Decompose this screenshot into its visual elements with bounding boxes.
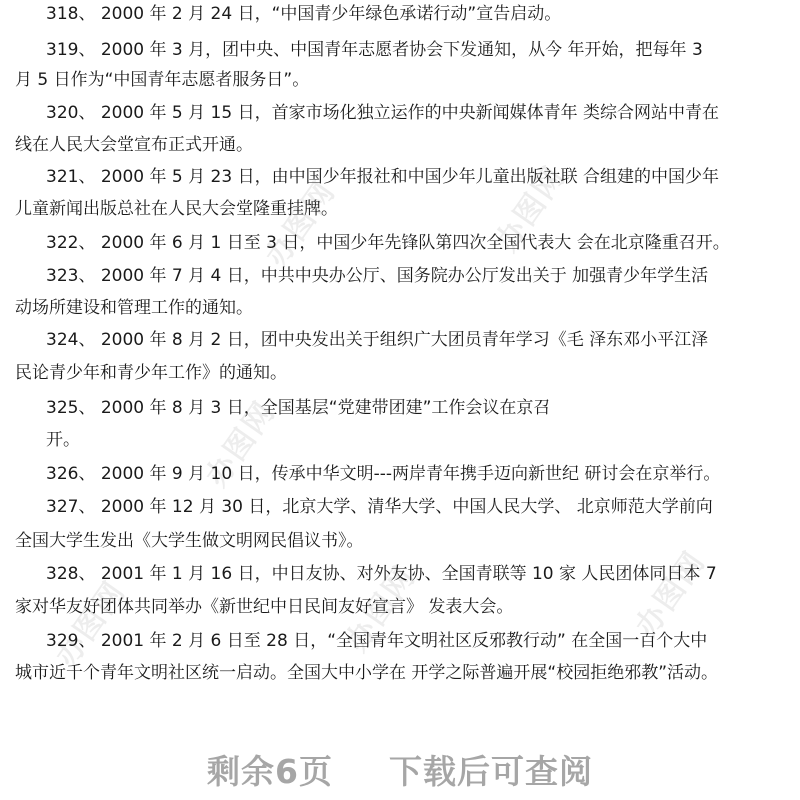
text-line: 动场所建设和管理工作的通知。 (15, 297, 253, 319)
text-line: 月 5 日作为“中国青年志愿者服务日”。 (15, 69, 309, 91)
text-line: 线在人民大会堂宣布正式开通。 (15, 134, 253, 156)
text-line: 320、 2000 年 5 月 15 日，首家市场化独立运作的中央新闻媒体青年 … (46, 102, 719, 124)
text-line: 326、 2000 年 9 月 10 日，传承中华文明---两岸青年携手迈向新世… (46, 463, 720, 485)
text-line: 324、 2000 年 8 月 2 日，团中央发出关于组织广大团员青年学习《毛 … (46, 329, 708, 351)
text-line: 319、 2000 年 3 月，团中央、中国青年志愿者协会下发通知，从今 年开始… (46, 39, 703, 61)
text-line: 322、 2000 年 6 月 1 日至 3 日，中国少年先锋队第四次全国代表大… (46, 232, 730, 254)
text-line: 民论青少年和青少年工作》的通知。 (15, 362, 287, 384)
text-line: 城市近千个青年文明社区统一启动。全国大中小学在 开学之际普遍开展“校园拒绝邪教”… (15, 662, 718, 684)
download-to-view-label: 下载后可查阅 (389, 746, 593, 793)
watermark: 办图网 (622, 540, 713, 644)
text-line: 328、 2001 年 1 月 16 日，中日友协、对外友协、全国青联等 10 … (46, 563, 717, 585)
download-prompt-banner[interactable]: 剩余6页下载后可查阅 (0, 746, 800, 793)
document-page: 办图网 办图网 办图网 办图网 办图网 办图网 318、 2000 年 2 月 … (0, 0, 800, 800)
text-line: 全国大学生发出《大学生做文明网民倡议书》。 (15, 530, 364, 552)
remaining-pages-label: 剩余6页 (207, 746, 333, 793)
text-line: 329、 2001 年 2 月 6 日至 28 日，“全国青年文明社区反邪教行动… (46, 630, 707, 652)
text-line: 321、 2000 年 5 月 23 日，由中国少年报社和中国少年儿童出版社联 … (46, 166, 719, 188)
text-line: 开。 (46, 429, 80, 451)
text-line: 家对华友好团体共同举办《新世纪中日民间友好宣言》 发表大会。 (15, 596, 513, 618)
text-line: 325、 2000 年 8 月 3 日，全国基层“党建带团建”工作会议在京召 (46, 397, 550, 419)
text-line: 323、 2000 年 7 月 4 日，中共中央办公厅、国务院办公厅发出关于 加… (46, 265, 708, 287)
text-line: 儿童新闻出版总社在人民大会堂隆重挂牌。 (15, 198, 338, 220)
watermark: 办图网 (42, 570, 133, 674)
text-line: 327、 2000 年 12 月 30 日，北京大学、清华大学、中国人民大学、 … (46, 496, 713, 518)
text-line: 318、 2000 年 2 月 24 日，“中国青少年绿色承诺行动”宣告启动。 (46, 3, 561, 25)
